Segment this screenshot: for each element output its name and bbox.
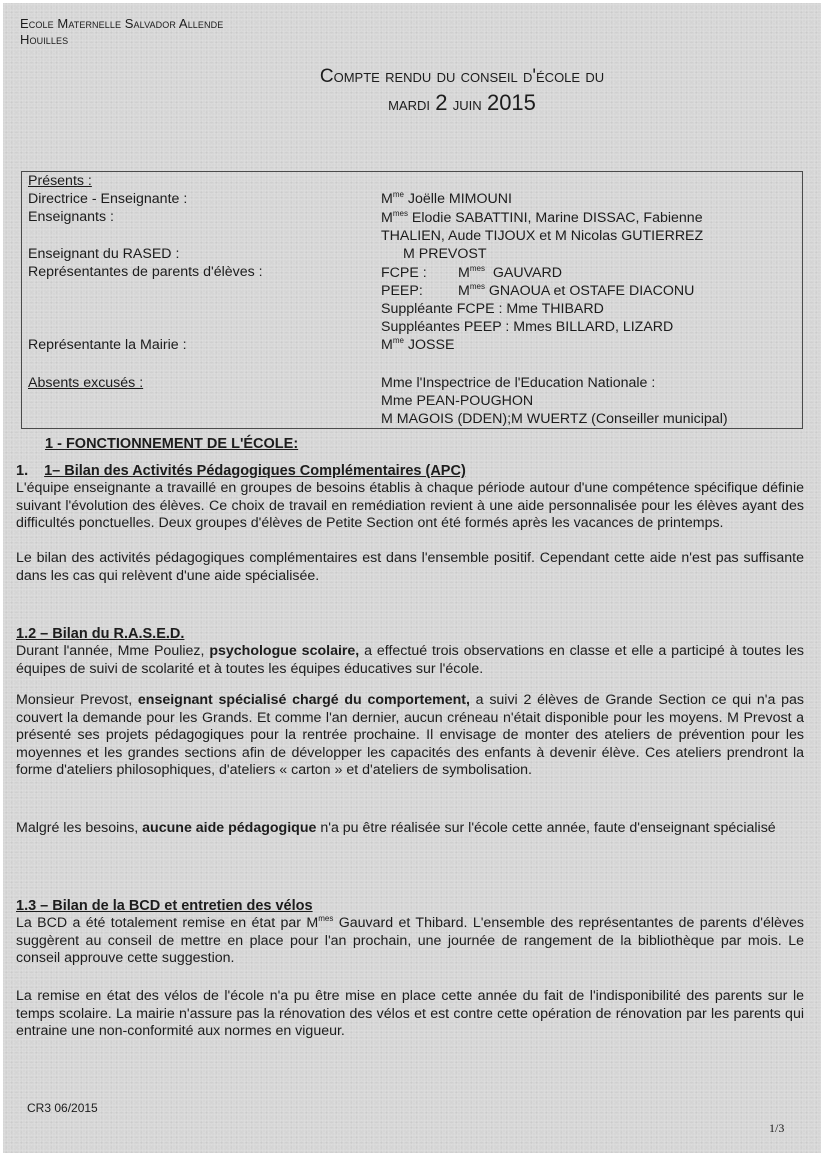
attendance-value: Mmes Elodie SABATTINI, Marine DISSAC, Fa… xyxy=(381,209,703,227)
present-heading: Présents : xyxy=(28,172,92,190)
paragraph: Durant l'année, Mme Pouliez, psychologue… xyxy=(16,643,804,678)
absent-item: Mme l'Inspectrice de l'Education Nationa… xyxy=(381,374,655,392)
attendance-label: Enseignants : xyxy=(28,208,114,226)
attendance-label: Directrice - Enseignante : xyxy=(28,190,187,208)
attendance-value: Mme Joëlle MIMOUNI xyxy=(381,190,512,208)
document-page: Ecole Maternelle Salvador Allende Houill… xyxy=(3,3,821,1153)
school-name: Ecole Maternelle Salvador Allende xyxy=(20,16,223,32)
paragraph: L'équipe enseignante a travaillé en grou… xyxy=(16,480,804,533)
attendance-value: PEEP: xyxy=(381,282,423,300)
attendance-value: Mmes GAUVARD xyxy=(458,264,562,282)
attendance-label: Représentantes de parents d'élèves : xyxy=(28,263,263,281)
subsection-1-1-title: 1.1– Bilan des Activités Pédagogiques Co… xyxy=(16,462,466,480)
subsection-1-2-title: 1.2 – Bilan du R.A.S.E.D. xyxy=(16,625,184,643)
section-1-title: 1 - FONCTIONNEMENT DE L'ÉCOLE: xyxy=(45,435,298,453)
page-number: 1/3 xyxy=(769,1121,784,1136)
attendance-value: THALIEN, Aude TIJOUX et M Nicolas GUTIER… xyxy=(381,227,703,245)
attendance-label: Enseignant du RASED : xyxy=(28,245,179,263)
absent-item: M MAGOIS (DDEN);M WUERTZ (Conseiller mun… xyxy=(381,410,728,428)
attendance-value: FCPE : xyxy=(381,264,427,282)
school-city: Houilles xyxy=(20,32,223,48)
attendance-value: Suppléante FCPE : Mme THIBARD xyxy=(381,300,604,318)
paragraph: Malgré les besoins, aucune aide pédagogi… xyxy=(16,820,804,838)
attendance-label: Représentante la Mairie : xyxy=(28,336,187,354)
absent-item: Mme PEAN-POUGHON xyxy=(381,392,533,410)
document-date: mardi 2 juin 2015 xyxy=(3,91,821,116)
paragraph: Le bilan des activités pédagogiques comp… xyxy=(16,550,804,585)
school-header: Ecole Maternelle Salvador Allende Houill… xyxy=(20,16,223,48)
paragraph: Monsieur Prevost, enseignant spécialisé … xyxy=(16,692,804,780)
document-title: Compte rendu du conseil d'école du xyxy=(3,65,821,88)
absent-heading: Absents excusés : xyxy=(28,374,143,392)
attendance-box: Présents : Directrice - Enseignante : Mm… xyxy=(21,171,803,429)
paragraph: La BCD a été totalement remise en état p… xyxy=(16,915,804,968)
subsection-1-3-title: 1.3 – Bilan de la BCD et entretien des v… xyxy=(16,897,313,915)
attendance-value: Mme JOSSE xyxy=(381,336,454,354)
paragraph: La remise en état des vélos de l'école n… xyxy=(16,988,804,1041)
document-reference: CR3 06/2015 xyxy=(27,1101,98,1115)
attendance-value: Suppléantes PEEP : Mmes BILLARD, LIZARD xyxy=(381,318,673,336)
attendance-value: M PREVOST xyxy=(403,245,487,263)
attendance-value: Mmes GNAOUA et OSTAFE DIACONU xyxy=(458,282,694,300)
